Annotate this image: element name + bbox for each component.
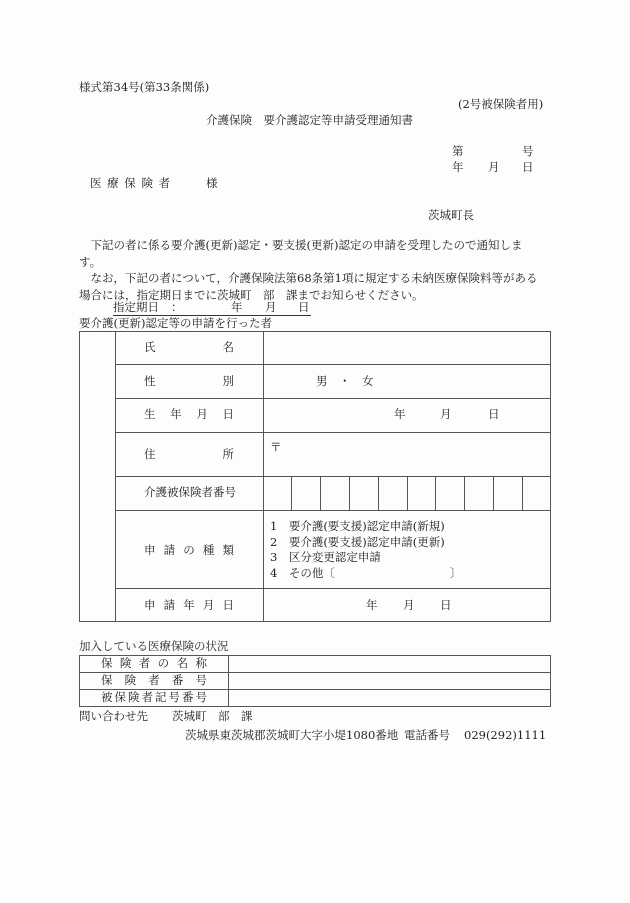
date-day: 日 xyxy=(522,162,534,174)
row-line xyxy=(115,510,551,511)
label-char: 号 xyxy=(196,692,208,704)
label-char: 類 xyxy=(223,545,235,557)
gender-options[interactable]: 男 ・ 女 xyxy=(316,376,374,388)
label-char: 険 xyxy=(128,692,140,704)
label-application-date: 申 請 年 月 日 xyxy=(144,600,234,612)
label-char: 所 xyxy=(223,449,235,461)
digit-cell[interactable] xyxy=(263,476,292,510)
row-line xyxy=(115,398,551,399)
label-insurer-name: 保 険 者 の 名 称 xyxy=(101,658,207,670)
addressee: 医 療 保 険 者 xyxy=(90,178,171,190)
label-char: 申 xyxy=(144,545,156,557)
label-char: 者 xyxy=(142,692,154,704)
label-char: の xyxy=(183,545,195,557)
phone-label: 電話番号 xyxy=(404,730,450,742)
label-char: 号 xyxy=(169,692,181,704)
label-char: 険 xyxy=(120,658,132,670)
insurance-heading: 加入している医療保険の状況 xyxy=(79,641,229,653)
label-char: 年 xyxy=(170,409,182,421)
label-char: 種 xyxy=(203,545,215,557)
label-char: 被 xyxy=(101,692,113,704)
paragraph-1-line-2: す。 xyxy=(79,254,559,271)
application-year-label: 年 xyxy=(366,600,378,612)
date-month: 月 xyxy=(488,162,500,174)
label-char: 性 xyxy=(144,376,156,388)
paragraph-2-line-1: なお，下記の者について，介護保険法第68条第1項に規定する未納医療保険料等がある xyxy=(79,270,559,287)
deadline-month: 月 xyxy=(265,302,277,314)
target-label: (2号被保険者用) xyxy=(458,99,543,111)
digit-cell[interactable] xyxy=(523,476,551,510)
contact-org: 茨城町 部 課 xyxy=(172,711,253,723)
digit-cell[interactable] xyxy=(350,476,379,510)
deadline-colon: ： xyxy=(171,302,183,314)
deadline-row: 指定期日 ： 年 月 日 xyxy=(113,302,311,316)
label-char: 別 xyxy=(223,376,235,388)
application-day-label: 日 xyxy=(440,600,452,612)
label-char: 記 xyxy=(155,692,167,704)
label-char: 名 xyxy=(177,658,189,670)
application-option-2[interactable]: 2 要介護(要支援)認定申請(更新) xyxy=(270,535,461,551)
label-insured-symbol-number: 被 保 険 者 記 号 番 号 xyxy=(101,692,207,704)
row-line xyxy=(115,364,551,365)
application-option-1[interactable]: 1 要介護(要支援)認定申請(新規) xyxy=(270,519,461,535)
digit-cell[interactable] xyxy=(436,476,465,510)
label-char: 者 xyxy=(148,675,160,687)
paragraph-1-line-1: 下記の者に係る要介護(更新)認定・要支援(更新)認定の申請を受理したので通知しま xyxy=(79,237,559,254)
label-char: 号 xyxy=(196,675,208,687)
label-gender: 性 別 xyxy=(144,376,234,388)
label-char: 名 xyxy=(223,342,235,354)
birth-year-label: 年 xyxy=(394,409,406,421)
application-month-label: 月 xyxy=(403,600,415,612)
label-char: 月 xyxy=(203,600,215,612)
row-line xyxy=(115,588,551,589)
label-char: 保 xyxy=(101,675,113,687)
doc-number-prefix: 第 xyxy=(452,146,464,158)
name-field[interactable] xyxy=(264,332,550,364)
label-char: 請 xyxy=(164,545,176,557)
label-char: 番 xyxy=(172,675,184,687)
label-char: 日 xyxy=(222,409,234,421)
label-char: の xyxy=(158,658,170,670)
sender: 茨城町長 xyxy=(428,210,474,222)
insured-symbol-number-field[interactable] xyxy=(229,690,550,706)
application-option-3[interactable]: 3 区分変更認定申請 xyxy=(270,550,461,566)
label-insured-number: 介護被保険者番号 xyxy=(144,487,236,499)
label-address: 住 所 xyxy=(144,449,234,461)
label-char: 保 xyxy=(101,658,113,670)
honorific: 様 xyxy=(206,178,218,190)
phone-number: 029(292)1111 xyxy=(464,730,546,742)
application-type-options: 1 要介護(要支援)認定申請(新規) 2 要介護(要支援)認定申請(更新) 3 … xyxy=(270,519,461,581)
label-char: 番 xyxy=(182,692,194,704)
postal-mark: 〒 xyxy=(270,442,282,454)
document-title: 介護保険 要介護認定等申請受理通知書 xyxy=(206,115,413,127)
label-char: 請 xyxy=(164,600,176,612)
digit-cell[interactable] xyxy=(408,476,437,510)
digit-cell[interactable] xyxy=(292,476,321,510)
doc-number-suffix: 号 xyxy=(522,146,534,158)
birth-month-label: 月 xyxy=(440,409,452,421)
label-char: 住 xyxy=(144,449,156,461)
label-char: 申 xyxy=(144,600,156,612)
label-char: 保 xyxy=(115,692,127,704)
label-char: 者 xyxy=(139,658,151,670)
digit-cell[interactable] xyxy=(465,476,494,510)
label-name: 氏 名 xyxy=(144,342,234,354)
insured-number-cells[interactable] xyxy=(263,476,551,510)
form-number: 様式第34号(第33条関係) xyxy=(79,82,209,94)
insurer-name-field[interactable] xyxy=(229,656,550,672)
digit-cell[interactable] xyxy=(494,476,523,510)
label-birthdate: 生 年 月 日 xyxy=(144,409,234,421)
label-char: 生 xyxy=(144,409,156,421)
label-char: 険 xyxy=(125,675,137,687)
deadline-day: 日 xyxy=(298,302,310,314)
label-char: 氏 xyxy=(144,342,156,354)
birth-day-label: 日 xyxy=(488,409,500,421)
digit-cell[interactable] xyxy=(379,476,408,510)
paragraph-2: なお，下記の者について，介護保険法第68条第1項に規定する未納医療保険料等がある… xyxy=(79,270,559,304)
label-char: 日 xyxy=(223,600,235,612)
application-option-4[interactable]: 4 その他〔 〕 xyxy=(270,566,461,582)
row-line xyxy=(115,432,551,433)
label-char: 月 xyxy=(196,409,208,421)
contact-label: 問い合わせ先 xyxy=(79,711,148,723)
label-insurer-number: 保 険 者 番 号 xyxy=(101,675,207,687)
insurer-number-field[interactable] xyxy=(229,673,550,689)
date-year: 年 xyxy=(452,162,464,174)
label-char: 年 xyxy=(183,600,195,612)
label-application-type: 申 請 の 種 類 xyxy=(144,545,234,557)
contact-address: 茨城県東茨城郡茨城町大字小堤1080番地 xyxy=(185,730,398,742)
deadline-year: 年 xyxy=(231,302,243,314)
digit-cell[interactable] xyxy=(321,476,350,510)
deadline-label: 指定期日 xyxy=(113,302,159,314)
paragraph-1: 下記の者に係る要介護(更新)認定・要支援(更新)認定の申請を受理したので通知しま… xyxy=(79,237,559,271)
applicant-heading: 要介護(更新)認定等の申請を行った者 xyxy=(79,318,272,330)
label-char: 称 xyxy=(195,658,207,670)
